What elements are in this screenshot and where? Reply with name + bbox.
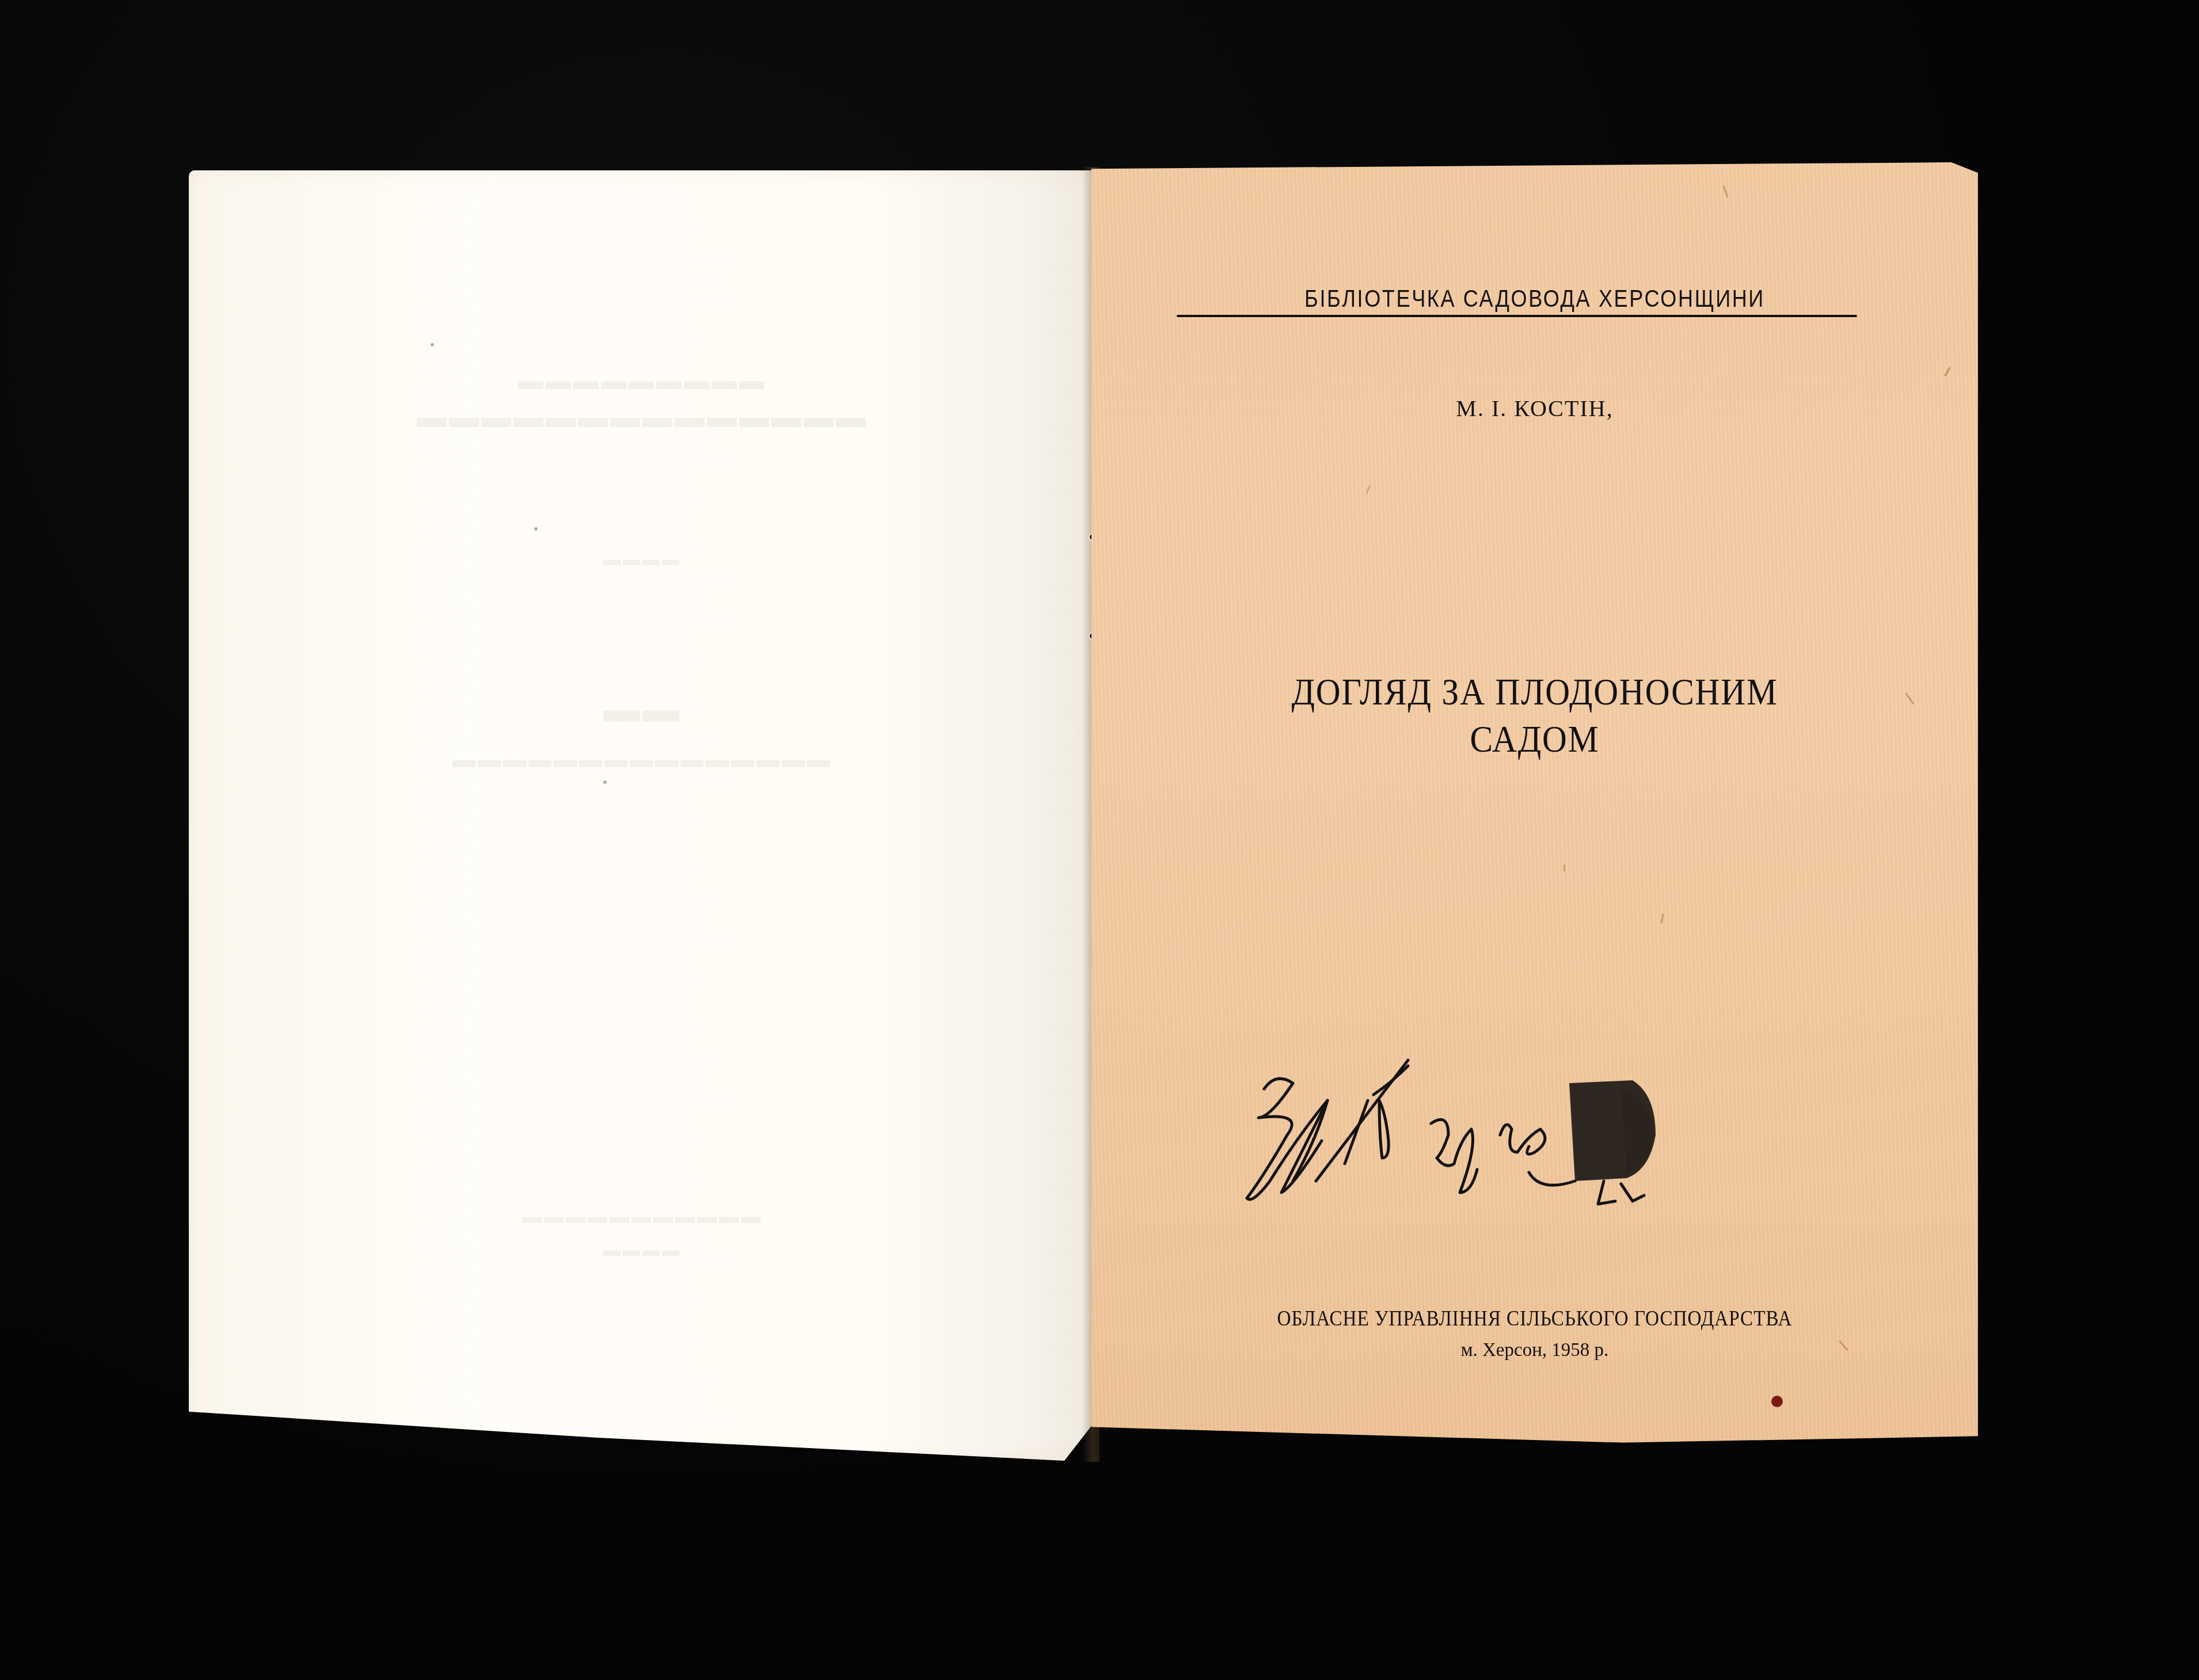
showthrough-text: ▬▬	[189, 688, 1091, 731]
paper-fiber	[1722, 185, 1728, 198]
publisher: ОБЛАСНЕ УПРАВЛІННЯ СІЛЬСЬКОГО ГОСПОДАРСТ…	[1136, 1306, 1934, 1331]
series-underline	[1177, 315, 1857, 317]
paper-fiber	[1366, 485, 1370, 494]
paper-fiber	[1660, 913, 1664, 924]
showthrough-text: ▬▬▬▬	[189, 1241, 1091, 1260]
paper-speck	[431, 343, 434, 346]
showthrough-text: ▬▬▬▬▬▬▬▬▬▬▬▬▬▬▬	[189, 746, 1091, 773]
book-title-line-2: САДОМ	[1136, 716, 1934, 763]
ink-stain	[1771, 1396, 1783, 1407]
title-page: БІБЛІОТЕЧКА САДОВОДА ХЕРСОНЩИНИ М. І. КО…	[1091, 162, 1978, 1469]
showthrough-text: ▬▬▬▬▬▬▬▬▬▬▬▬▬▬	[189, 401, 1091, 435]
series-title: БІБЛІОТЕЧКА САДОВОДА ХЕРСОНЩИНИ	[1154, 285, 1916, 313]
paper-fiber	[1563, 864, 1565, 871]
paper-fiber	[1944, 367, 1951, 377]
book-title: ДОГЛЯД ЗА ПЛОДОНОСНИМ САДОМ	[1136, 669, 1934, 763]
handwritten-signature	[1230, 1049, 1679, 1210]
left-page-inner-cover: ▬▬▬▬▬▬▬▬▬ ▬▬▬▬▬▬▬▬▬▬▬▬▬▬ ▬▬▬▬ ▬▬ ▬▬▬▬▬▬▬…	[189, 170, 1091, 1461]
showthrough-text: ▬▬▬▬	[189, 550, 1091, 570]
showthrough-text: ▬▬▬▬▬▬▬▬▬	[189, 366, 1091, 395]
book-title-line-1: ДОГЛЯД ЗА ПЛОДОНОСНИМ	[1136, 669, 1934, 716]
author-name: М. І. КОСТІН,	[1091, 395, 1978, 422]
showthrough-text: ▬▬▬▬▬▬▬▬▬▬▬	[189, 1206, 1091, 1228]
paper-speck	[603, 780, 607, 784]
paper-speck	[534, 527, 538, 531]
place-and-year: м. Херсон, 1958 р.	[1091, 1340, 1978, 1361]
